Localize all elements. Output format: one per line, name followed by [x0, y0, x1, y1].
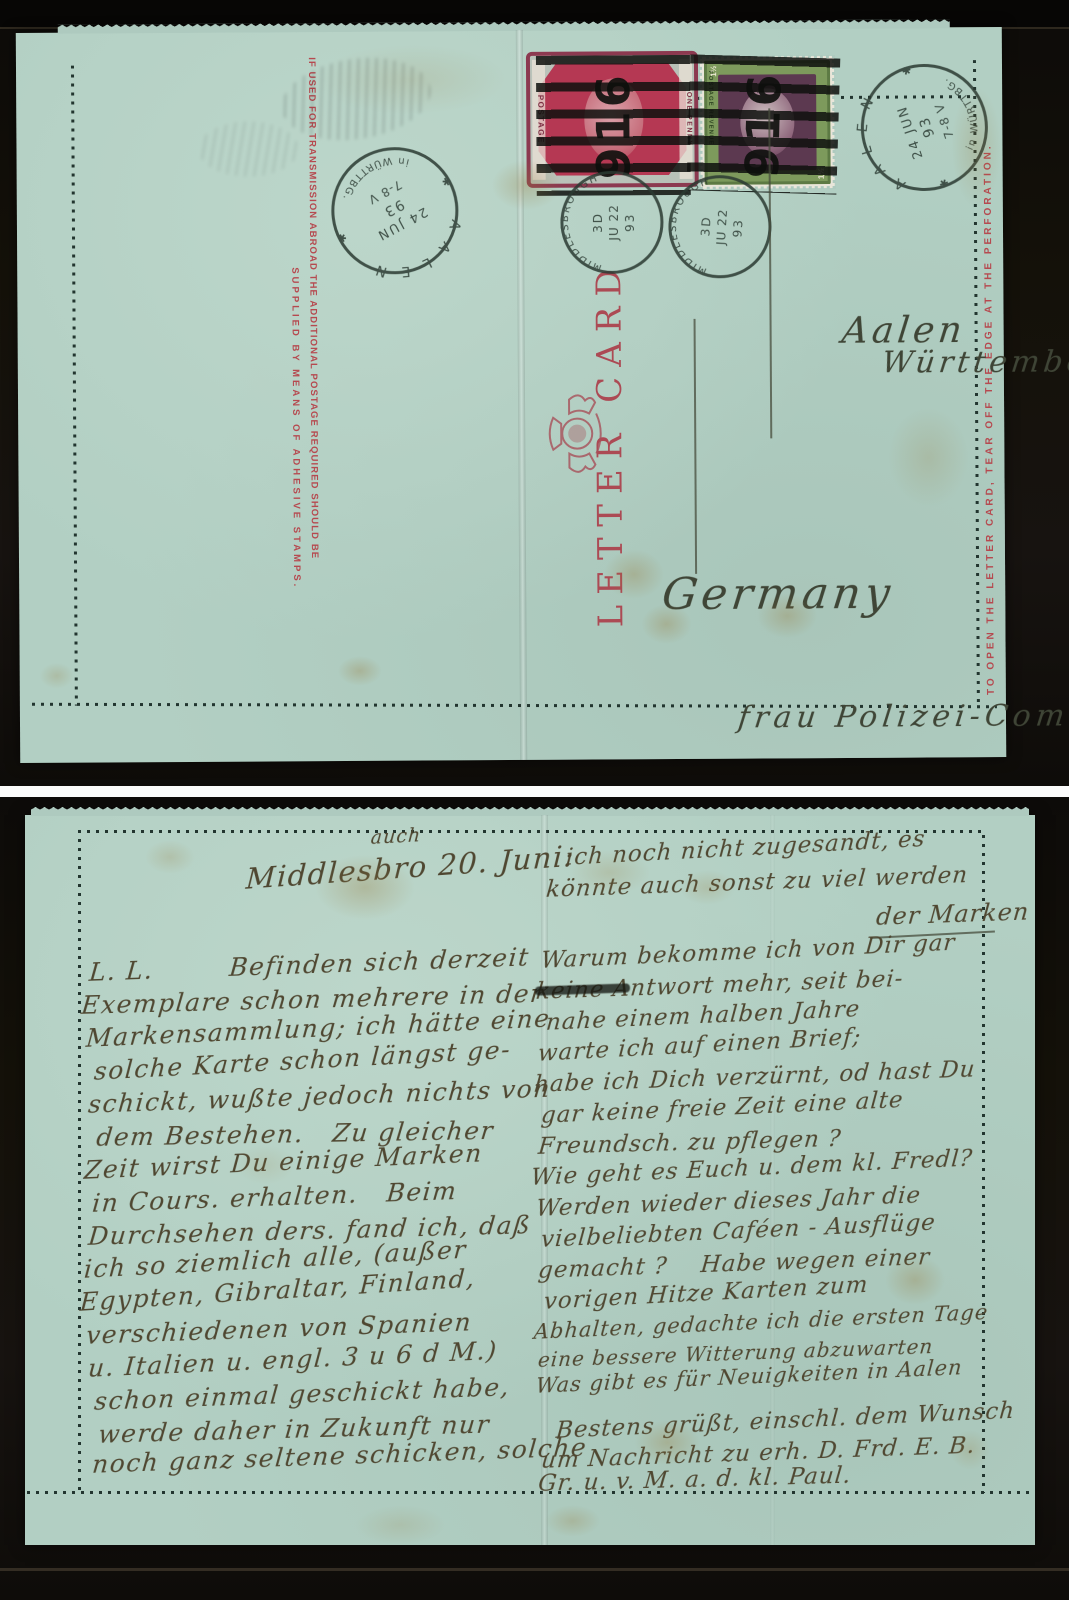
stain [235, 1145, 295, 1185]
perforation-dots-left [71, 66, 78, 706]
stain [604, 549, 664, 599]
stain [950, 1430, 990, 1470]
perforation-dots-right [982, 835, 985, 1493]
printed-instructions-line2: SUPPLIED BY MEANS OF ADHESIVE STAMPS. [289, 267, 302, 607]
stain [680, 870, 735, 905]
stain [951, 87, 1002, 207]
stain [635, 1420, 700, 1465]
stain [888, 407, 969, 507]
stain [545, 1505, 600, 1537]
svg-text:3D: 3D [698, 215, 713, 237]
stain [885, 1255, 945, 1305]
letter-card-front: IF USED FOR TRANSMISSION ABROAD THE ADDI… [16, 27, 1006, 763]
inserted-word: auch [370, 824, 422, 849]
scanned-letter-card-page: IF USED FOR TRANSMISSION ABROAD THE ADDI… [0, 0, 1069, 1600]
aalen-cds-1: AALEN in WÜRTTBG. ✱ ✱ 24 JUN 93 7-8 V [319, 135, 470, 286]
svg-text:JU 22: JU 22 [607, 204, 621, 241]
mount-groove [0, 1568, 1069, 1571]
scan-interior: Middlesbro 20. Juni: auch ich noch nicht… [0, 797, 1069, 1600]
stain [641, 604, 691, 644]
stain [145, 840, 195, 874]
svg-text:✱: ✱ [439, 173, 453, 189]
scan-gap [0, 786, 1069, 797]
ink-smudge-2 [198, 121, 298, 177]
tear-off-instruction: TO OPEN THE LETTER CARD, TEAR OFF THE ED… [982, 143, 996, 695]
perforation-dots-bottom [27, 1491, 1033, 1494]
stain [492, 160, 562, 210]
svg-text:3D: 3D [591, 212, 605, 233]
address-recipient: frau Polizei-Commissär Maier [736, 697, 1069, 736]
stain [316, 44, 506, 115]
printed-instructions-line1: IF USED FOR TRANSMISSION ABROAD THE ADDI… [306, 57, 320, 623]
perforated-top-edge-interior [31, 807, 1029, 816]
perforation-dots-left [78, 830, 81, 1495]
svg-text:AALEN: AALEN [840, 81, 915, 202]
svg-text:JU 22: JU 22 [714, 208, 730, 246]
svg-text:93: 93 [623, 213, 637, 232]
svg-text:✱: ✱ [899, 64, 914, 77]
letter-line: der Marken [875, 898, 1031, 931]
stain [40, 663, 74, 689]
stain [338, 656, 382, 686]
middlesbrough-cds-2: MIDDLESBROUGH 3D JU 22 93 [662, 168, 779, 285]
stain [355, 1505, 445, 1545]
middlesbrough-cds-1: MIDDLESBROUGH 3D JU 22 93 [554, 164, 671, 281]
stain [315, 855, 415, 920]
scan-front: IF USED FOR TRANSMISSION ABROAD THE ADDI… [0, 0, 1069, 786]
address-region: Württemberg [880, 344, 1069, 381]
letter-card-interior: Middlesbro 20. Juni: auch ich noch nicht… [25, 815, 1035, 1545]
royal-crest-icon [539, 387, 610, 479]
stain [570, 850, 650, 895]
svg-text:✱: ✱ [937, 177, 952, 190]
killer-number-2: 916 [735, 70, 792, 180]
address-country-underline [694, 319, 698, 574]
stain [757, 593, 817, 638]
svg-text:93: 93 [730, 218, 745, 238]
